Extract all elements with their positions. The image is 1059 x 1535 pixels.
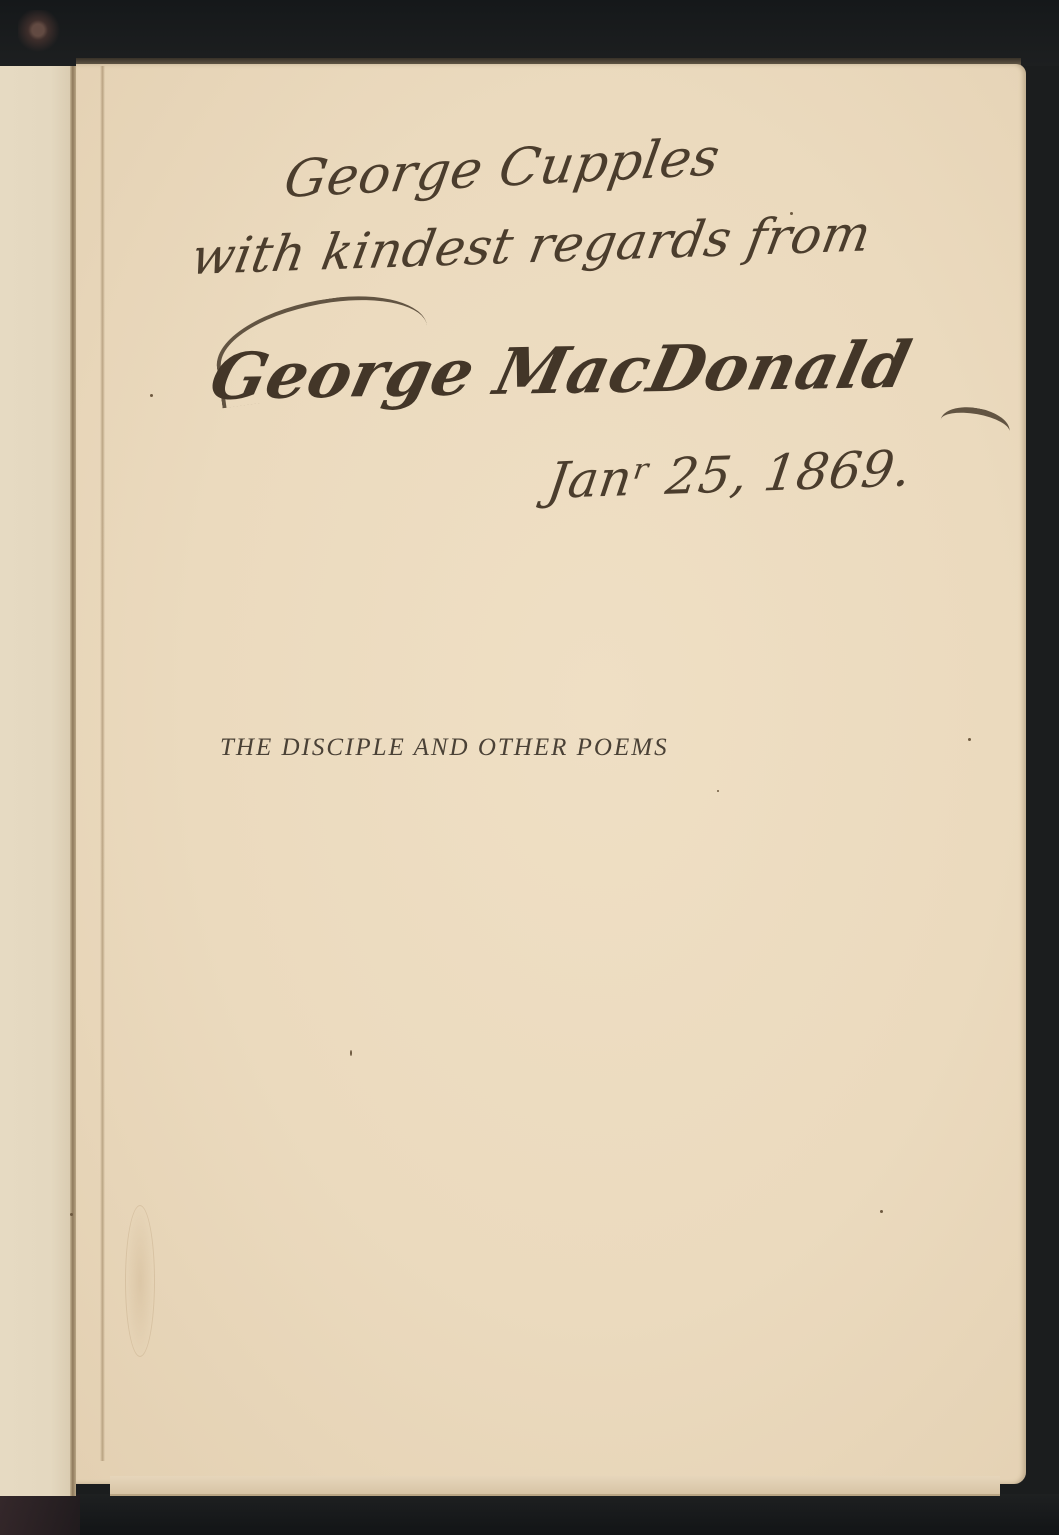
left-flyleaf-page bbox=[0, 66, 72, 1496]
cover-top-edge bbox=[0, 0, 1059, 66]
cover-corner-wear bbox=[0, 1495, 80, 1535]
foxing-speck bbox=[70, 1213, 73, 1216]
cover-ornament bbox=[18, 10, 68, 60]
foxing-speck bbox=[717, 790, 719, 792]
foxing-stain bbox=[125, 1205, 155, 1357]
cover-bottom-edge bbox=[0, 1494, 1059, 1535]
page-block-bottom-edge bbox=[110, 1476, 1000, 1496]
foxing-speck bbox=[968, 738, 971, 741]
foxing-speck bbox=[150, 394, 153, 397]
printed-book-title: THE DISCIPLE AND OTHER POEMS bbox=[220, 734, 669, 762]
inscription-signature: George MacDonald bbox=[203, 328, 917, 415]
foxing-speck bbox=[880, 1210, 883, 1213]
page-hinge-line bbox=[100, 66, 105, 1461]
foxing-speck bbox=[350, 1050, 352, 1056]
